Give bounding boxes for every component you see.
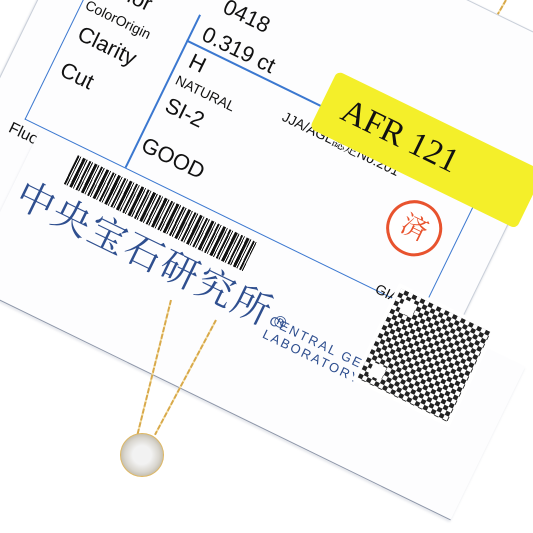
qr-code xyxy=(352,283,496,427)
diamond-pendant xyxy=(120,433,164,477)
value-color: H xyxy=(185,48,211,78)
label-cut: Cut xyxy=(56,57,98,95)
value-cut: GOOD xyxy=(137,132,209,185)
product-photo: 0418 Color ColorOrigin Clarity Cut 0.319… xyxy=(0,0,533,533)
value-carat: 0.319 ct xyxy=(198,21,280,79)
